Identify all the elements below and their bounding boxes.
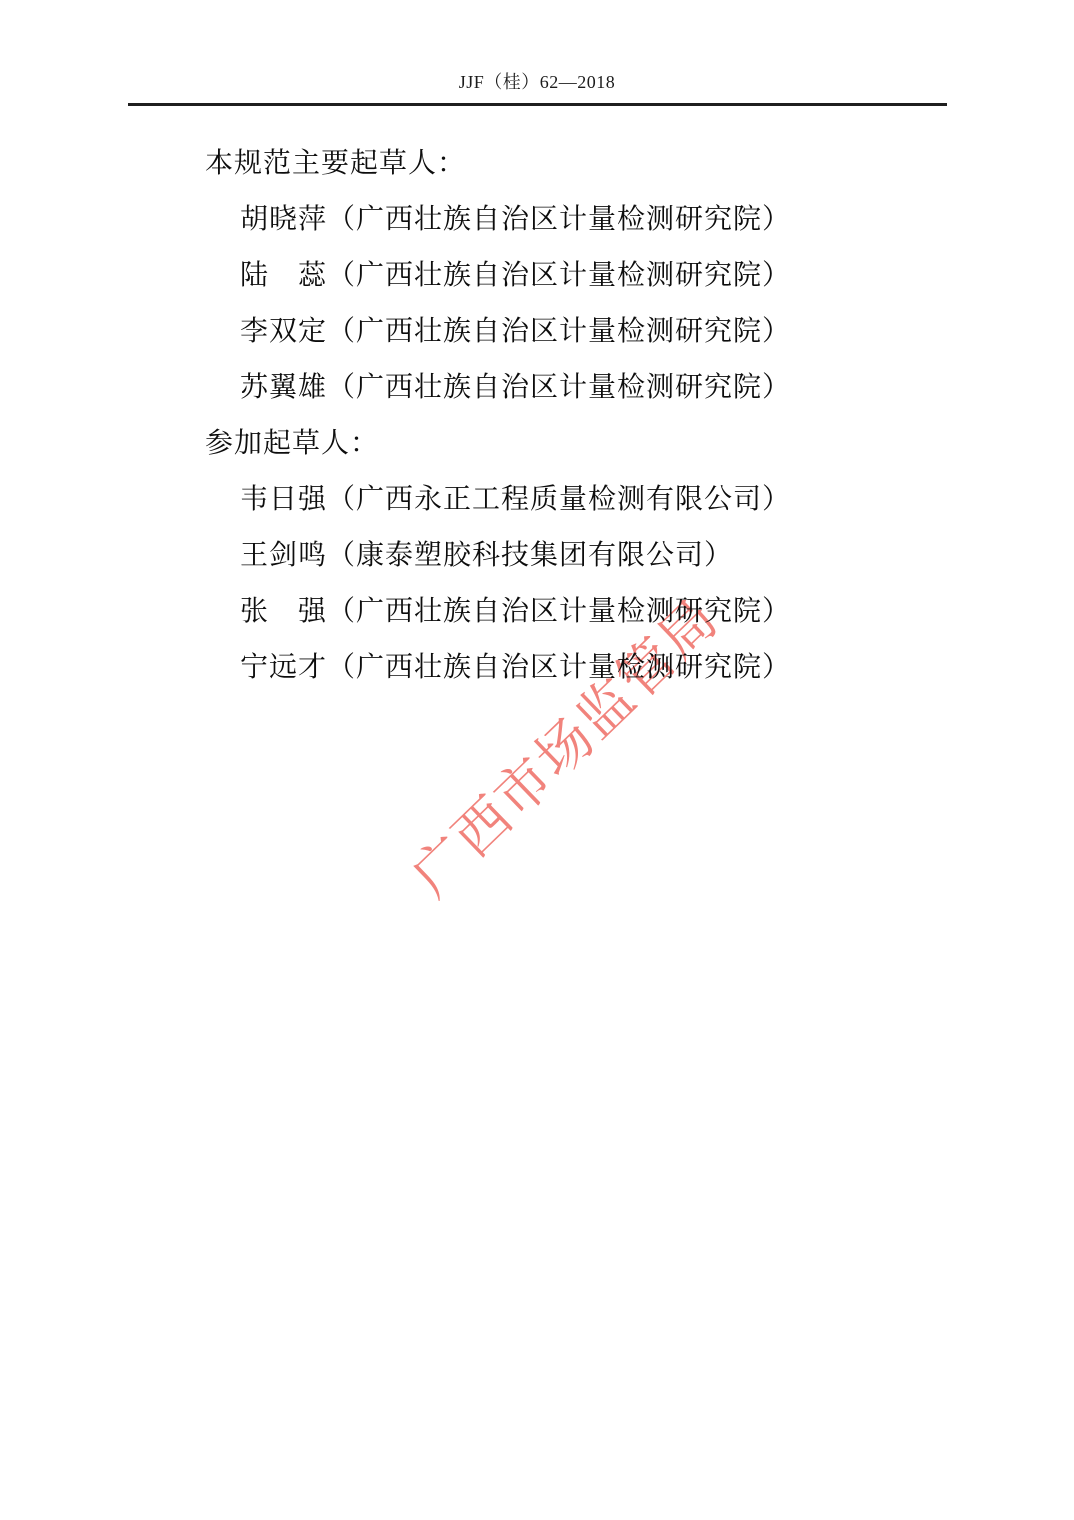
section-label-participants: 参加起草人： bbox=[205, 429, 791, 457]
document-page: JJF（桂）62—2018 广西市场监管局 本规范主要起草人： 胡晓萍（广西壮族… bbox=[0, 0, 1074, 1520]
participant-line: 宁远才（广西壮族自治区计量检测研究院） bbox=[240, 653, 791, 681]
section-label-main-drafters: 本规范主要起草人： bbox=[205, 149, 791, 177]
participant-line: 王剑鸣（康泰塑胶科技集团有限公司） bbox=[240, 541, 791, 569]
drafter-line: 胡晓萍（广西壮族自治区计量检测研究院） bbox=[240, 205, 791, 233]
drafter-line: 苏翼雄（广西壮族自治区计量检测研究院） bbox=[240, 373, 791, 401]
drafter-line: 陆 蕊（广西壮族自治区计量检测研究院） bbox=[240, 261, 791, 289]
drafter-line: 李双定（广西壮族自治区计量检测研究院） bbox=[240, 317, 791, 345]
participant-line: 张 强（广西壮族自治区计量检测研究院） bbox=[240, 597, 791, 625]
participant-line: 韦日强（广西永正工程质量检测有限公司） bbox=[240, 485, 791, 513]
document-body: 本规范主要起草人： 胡晓萍（广西壮族自治区计量检测研究院） 陆 蕊（广西壮族自治… bbox=[205, 149, 791, 709]
header-rule bbox=[128, 103, 947, 106]
header-doc-number: JJF（桂）62—2018 bbox=[0, 72, 1074, 92]
